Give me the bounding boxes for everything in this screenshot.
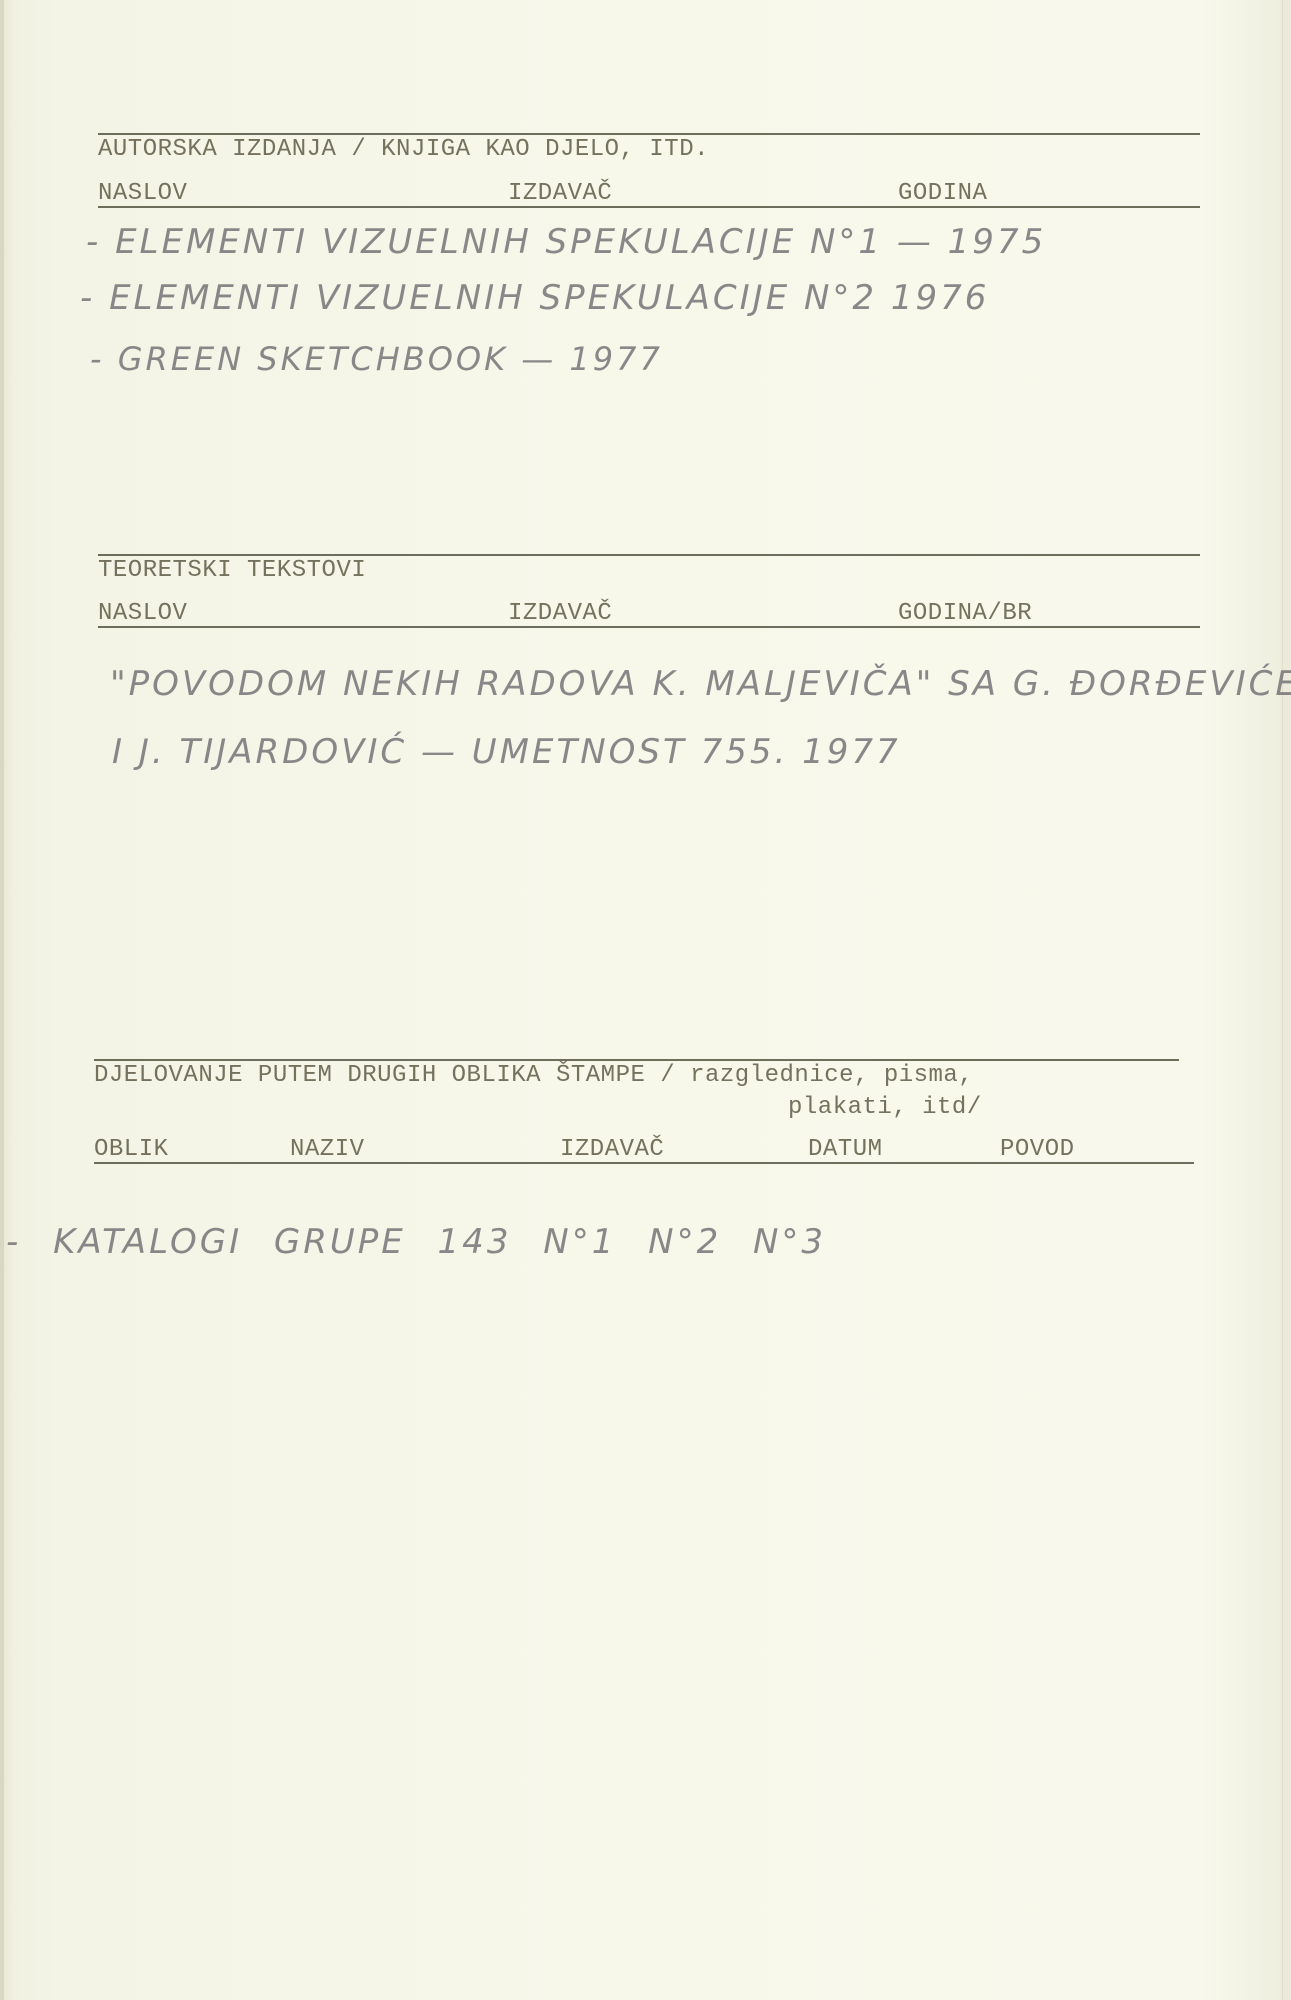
section1-col-naslov: NASLOV (98, 180, 187, 207)
section2-col-naslov: NASLOV (98, 600, 187, 627)
section1-col-izdavac: IZDAVAČ (508, 180, 612, 207)
section3-col-izdavac: IZDAVAČ (560, 1136, 664, 1163)
section3-col-datum: DATUM (808, 1136, 883, 1163)
page-binding-edge (0, 0, 4, 2000)
section2-col-godina-br: GODINA/BR (898, 600, 1032, 627)
section1-col-godina: GODINA (898, 180, 987, 207)
section2-entry-1: "POVODOM NEKIH RADOVA K. MALJEVIČA" SA G… (110, 664, 1291, 704)
section1-header-rule (98, 206, 1200, 208)
section3-col-naziv: NAZIV (290, 1136, 365, 1163)
section3-title-line1: DJELOVANJE PUTEM DRUGIH OBLIKA ŠTAMPE / … (94, 1062, 973, 1089)
section1-entry-1: - ELEMENTI VIZUELNIH SPEKULACIJE N°1 — 1… (86, 222, 1046, 262)
section1-title: AUTORSKA IZDANJA / KNJIGA KAO DJELO, ITD… (98, 136, 709, 163)
section1-top-rule (98, 133, 1200, 135)
section3-top-rule (94, 1059, 1179, 1061)
section2-col-izdavac: IZDAVAČ (508, 600, 612, 627)
section3-title-line2: plakati, itd/ (788, 1094, 982, 1121)
section2-title: TEORETSKI TEKSTOVI (98, 557, 366, 584)
section2-entry-2: I J. TIJARDOVIĆ — UMETNOST 755. 1977 (112, 732, 901, 772)
section3-col-oblik: OBLIK (94, 1136, 169, 1163)
section1-entry-2: - ELEMENTI VIZUELNIH SPEKULACIJE N°2 197… (80, 278, 989, 318)
section3-header-rule (94, 1162, 1194, 1164)
section2-top-rule (98, 554, 1200, 556)
section3-col-povod: POVOD (1000, 1136, 1075, 1163)
page-right-edge (1282, 0, 1291, 2000)
section3-entry-1: - KATALOGI GRUPE 143 N°1 N°2 N°3 (6, 1222, 826, 1262)
section1-entry-3: - GREEN SKETCHBOOK — 1977 (90, 340, 663, 378)
section2-header-rule (98, 626, 1200, 628)
